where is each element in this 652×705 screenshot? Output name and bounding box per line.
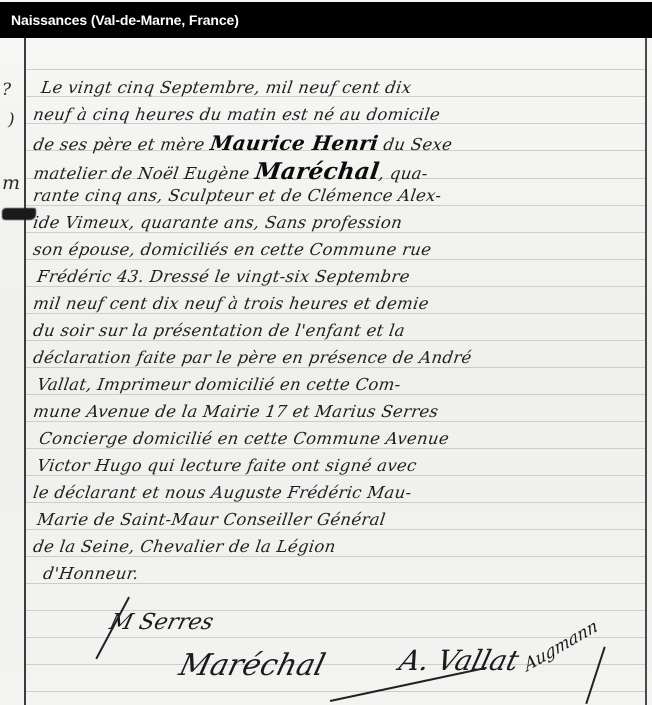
ruled-line <box>24 448 646 449</box>
record-line: matelier de Noël Eugène Maréchal, qua- <box>32 158 644 185</box>
ruled-line <box>24 367 646 368</box>
collection-title: Naissances (Val-de-Marne, France) <box>11 12 239 28</box>
record-line: Concierge domicilié en cette Commune Ave… <box>38 429 649 448</box>
ruled-line <box>24 394 646 395</box>
record-line: Marie de Saint-Maur Conseiller Général <box>36 510 647 529</box>
record-line: neuf à cinq heures du matin est né au do… <box>32 105 643 124</box>
ruled-line <box>24 529 646 530</box>
record-line: Frédéric 43. Dressé le vingt-six Septemb… <box>36 267 647 286</box>
child-surname: Maréchal <box>253 158 381 185</box>
ruled-line <box>24 664 646 665</box>
ruled-line <box>24 556 646 557</box>
record-line: ide Vimeux, quarante ans, Sans professio… <box>32 213 643 232</box>
record-line: rante cinq ans, Sculpteur et de Clémence… <box>32 186 643 205</box>
left-margin-rule <box>24 38 26 705</box>
ruled-line <box>24 340 646 341</box>
record-line: Le vingt cinq Septembre, mil neuf cent d… <box>40 78 651 97</box>
record-line: déclaration faite par le père en présenc… <box>32 348 643 367</box>
signature-flourish <box>585 646 605 704</box>
right-border-rule <box>645 38 647 705</box>
margin-note: ) <box>8 110 15 130</box>
record-line: son épouse, domiciliés en cette Commune … <box>32 240 643 259</box>
record-line: d'Honneur. <box>42 564 652 583</box>
record-line: mil neuf cent dix neuf à trois heures et… <box>32 294 643 313</box>
record-line: Vallat, Imprimeur domicilié en cette Com… <box>36 375 647 394</box>
document-viewer: Naissances (Val-de-Marne, France) ? ) <box>0 0 652 705</box>
ruled-line <box>24 691 646 692</box>
title-bar: Naissances (Val-de-Marne, France) <box>0 2 652 38</box>
ruled-line <box>24 69 646 70</box>
ruled-line <box>24 502 646 503</box>
ruled-line <box>24 286 646 287</box>
margin-note: ? <box>2 80 11 100</box>
ruled-line <box>24 232 646 233</box>
ink-smudge <box>2 208 36 220</box>
record-line: Victor Hugo qui lecture faite ont signé … <box>36 456 647 475</box>
ruled-line <box>24 475 646 476</box>
record-line: du soir sur la présentation de l'enfant … <box>32 321 643 340</box>
margin-note: m <box>2 172 20 194</box>
ruled-line <box>24 313 646 314</box>
ruled-line <box>24 421 646 422</box>
record-line: mune Avenue de la Mairie 17 et Marius Se… <box>32 402 643 421</box>
record-line: de ses père et mère Maurice Henri du Sex… <box>32 131 643 155</box>
signature-serres: M Serres <box>107 610 216 635</box>
record-line: le déclarant et nous Auguste Frédéric Ma… <box>32 483 643 502</box>
scanned-register-page[interactable]: ? ) m Le vingt cinq Septembre, mil neuf … <box>0 38 652 705</box>
ruled-line <box>24 205 646 206</box>
ruled-line <box>24 259 646 260</box>
signature-mayor: Augmann <box>523 616 600 677</box>
ruled-line <box>24 583 646 584</box>
child-given-names: Maurice Henri <box>209 131 380 155</box>
signature-marechal: Maréchal <box>176 648 329 683</box>
record-line: de la Seine, Chevalier de la Légion <box>32 537 643 556</box>
